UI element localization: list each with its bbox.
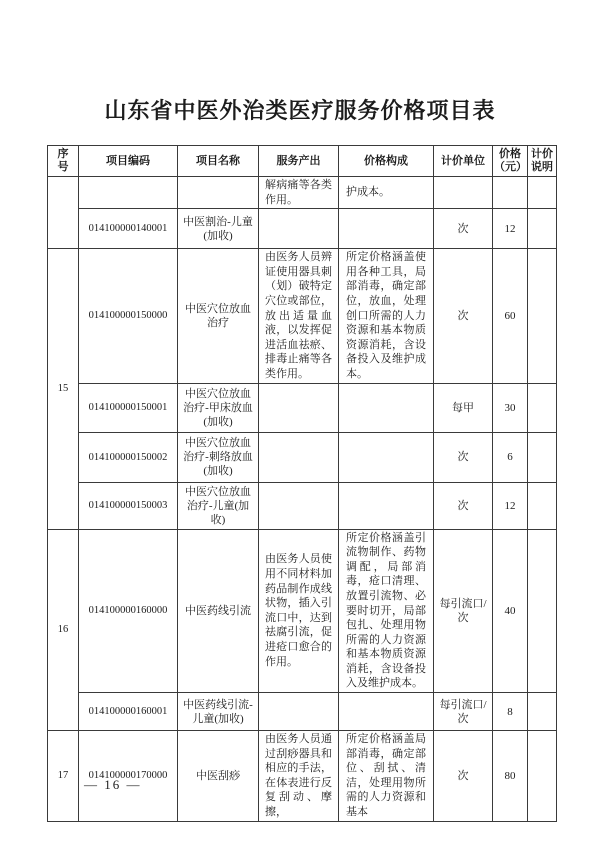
document-page: 山东省中医外治类医疗服务价格项目表 序号 项目编码 项目名称 服务产出 价格构成…	[0, 0, 600, 848]
table-header-row: 序号 项目编码 项目名称 服务产出 价格构成 计价单位 价格（元） 计价说明	[48, 146, 557, 177]
code-cell	[79, 177, 178, 209]
price-cell: 80	[493, 731, 528, 822]
unit-cell: 次	[434, 209, 493, 249]
note-cell	[528, 432, 557, 482]
name-cell: 中医穴位放血治疗	[178, 249, 259, 383]
note-cell	[528, 693, 557, 731]
code-cell: 014100000150000	[79, 249, 178, 383]
price-cell: 60	[493, 249, 528, 383]
note-cell	[528, 383, 557, 432]
unit-cell: 每甲	[434, 383, 493, 432]
unit-cell: 次	[434, 482, 493, 529]
header-code: 项目编码	[79, 146, 178, 177]
code-cell: 014100000150002	[79, 432, 178, 482]
note-cell	[528, 209, 557, 249]
name-cell	[178, 177, 259, 209]
name-cell: 中医药线引流-儿童(加收)	[178, 693, 259, 731]
composition-cell: 护成本。	[339, 177, 434, 209]
name-cell: 中医刮痧	[178, 731, 259, 822]
unit-cell: 每引流口/次	[434, 529, 493, 693]
header-output: 服务产出	[259, 146, 339, 177]
output-cell	[259, 383, 339, 432]
code-cell: 014100000170000	[79, 731, 178, 822]
table-row: 014100000150001 中医穴位放血治疗-甲床放血(加收) 每甲 30	[48, 383, 557, 432]
composition-cell: 所定价格涵盖局部消毒，确定部位、刮拭、清洁，处理用物所需的人力资源和基本	[339, 731, 434, 822]
code-cell: 014100000160000	[79, 529, 178, 693]
seq-cell	[48, 177, 79, 249]
table-row: 解病痛等各类作用。 护成本。	[48, 177, 557, 209]
unit-cell: 每引流口/次	[434, 693, 493, 731]
composition-cell	[339, 432, 434, 482]
header-unit: 计价单位	[434, 146, 493, 177]
note-cell	[528, 177, 557, 209]
composition-cell: 所定价格涵盖使用各种工具，局部消毒，确定部位，放血，处理创口所需的人力资源和基本…	[339, 249, 434, 383]
name-cell: 中医穴位放血治疗-刺络放血(加收)	[178, 432, 259, 482]
composition-cell	[339, 482, 434, 529]
name-cell: 中医割治-儿童(加收)	[178, 209, 259, 249]
price-cell: 8	[493, 693, 528, 731]
header-name: 项目名称	[178, 146, 259, 177]
name-cell: 中医药线引流	[178, 529, 259, 693]
output-cell: 由医务人员通过刮痧器具和相应的手法，在体表进行反复刮动、摩擦，	[259, 731, 339, 822]
table-row: 014100000160001 中医药线引流-儿童(加收) 每引流口/次 8	[48, 693, 557, 731]
output-cell	[259, 432, 339, 482]
price-table: 序号 项目编码 项目名称 服务产出 价格构成 计价单位 价格（元） 计价说明 解…	[47, 145, 557, 822]
unit-cell	[434, 177, 493, 209]
code-cell: 014100000160001	[79, 693, 178, 731]
header-composition: 价格构成	[339, 146, 434, 177]
table-row: 014100000150002 中医穴位放血治疗-刺络放血(加收) 次 6	[48, 432, 557, 482]
seq-cell: 17	[48, 731, 79, 822]
page-title: 山东省中医外治类医疗服务价格项目表	[0, 99, 600, 125]
unit-cell: 次	[434, 731, 493, 822]
table-row: 16 014100000160000 中医药线引流 由医务人员使用不同材料加药品…	[48, 529, 557, 693]
header-seq: 序号	[48, 146, 79, 177]
code-cell: 014100000140001	[79, 209, 178, 249]
table-row: 17 014100000170000 中医刮痧 由医务人员通过刮痧器具和相应的手…	[48, 731, 557, 822]
note-cell	[528, 482, 557, 529]
output-cell	[259, 209, 339, 249]
price-cell: 30	[493, 383, 528, 432]
seq-cell: 15	[48, 249, 79, 529]
price-cell: 12	[493, 482, 528, 529]
composition-cell	[339, 693, 434, 731]
code-cell: 014100000150003	[79, 482, 178, 529]
header-price: 价格（元）	[493, 146, 528, 177]
code-cell: 014100000150001	[79, 383, 178, 432]
name-cell: 中医穴位放血治疗-儿童(加收)	[178, 482, 259, 529]
name-cell: 中医穴位放血治疗-甲床放血(加收)	[178, 383, 259, 432]
unit-cell: 次	[434, 432, 493, 482]
table-row: 014100000140001 中医割治-儿童(加收) 次 12	[48, 209, 557, 249]
output-cell	[259, 482, 339, 529]
note-cell	[528, 529, 557, 693]
price-cell: 40	[493, 529, 528, 693]
seq-cell: 16	[48, 529, 79, 731]
price-cell: 6	[493, 432, 528, 482]
note-cell	[528, 249, 557, 383]
output-cell: 由医务人员使用不同材料加药品制作成线状物，插入引流口中，达到祛腐引流，促进疮口愈…	[259, 529, 339, 693]
note-cell	[528, 731, 557, 822]
composition-cell: 所定价格涵盖引流物制作、药物调配，局部消毒，疮口清理、放置引流物、必要时切开，局…	[339, 529, 434, 693]
composition-cell	[339, 209, 434, 249]
table-row: 15 014100000150000 中医穴位放血治疗 由医务人员辨证使用器具刺…	[48, 249, 557, 383]
composition-cell	[339, 383, 434, 432]
table-row: 014100000150003 中医穴位放血治疗-儿童(加收) 次 12	[48, 482, 557, 529]
unit-cell: 次	[434, 249, 493, 383]
output-cell: 由医务人员辨证使用器具刺（划）破特定穴位或部位，放出适量血液，以发挥促进活血祛瘀…	[259, 249, 339, 383]
price-cell: 12	[493, 209, 528, 249]
price-cell	[493, 177, 528, 209]
page-number: — 16 —	[84, 777, 142, 793]
output-cell	[259, 693, 339, 731]
output-cell: 解病痛等各类作用。	[259, 177, 339, 209]
header-note: 计价说明	[528, 146, 557, 177]
